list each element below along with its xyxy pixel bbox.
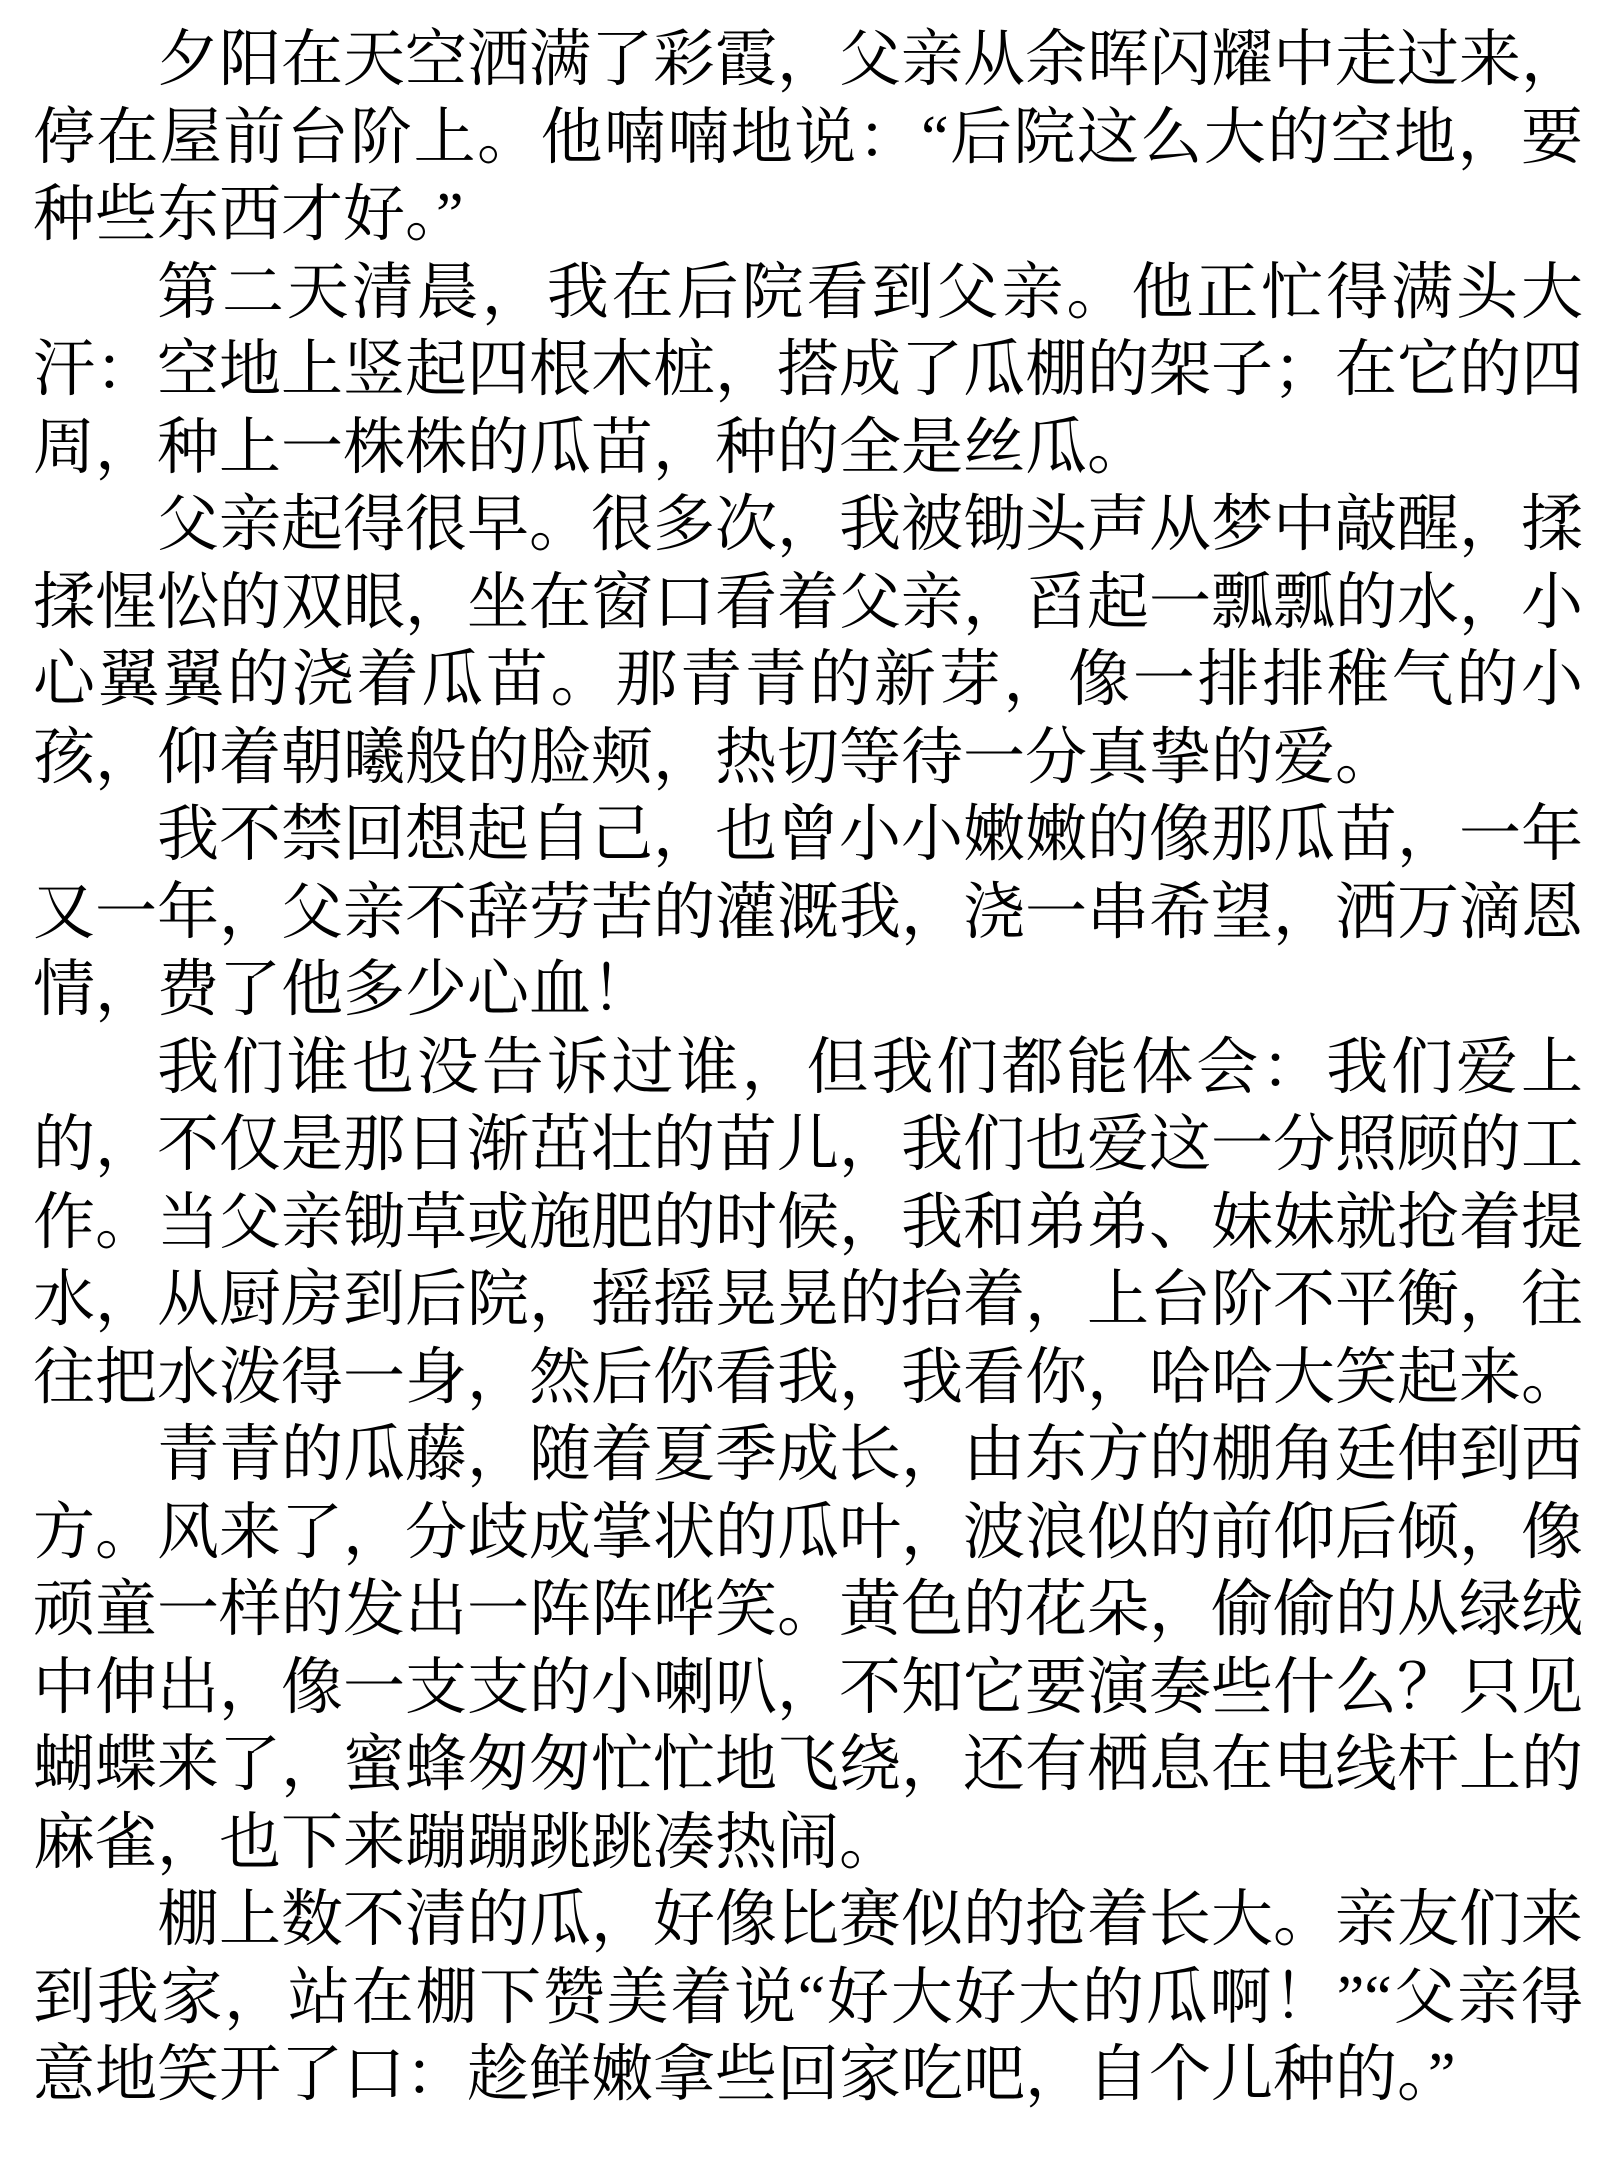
paragraph-3: 父亲起得很早。很多次，我被锄头声从梦中敲醒，揉揉惺忪的双眼，坐在窗口看着父亲，舀… — [33, 487, 1583, 797]
paragraph-6: 青青的瓜藤，随着夏季成长，由东方的棚角廷伸到西方。风来了，分歧成掌状的瓜叶，波浪… — [33, 1417, 1583, 1882]
document-page: 夕阳在天空洒满了彩霞，父亲从余晖闪耀中走过来，停在屋前台阶上。他喃喃地说：“后院… — [0, 0, 1608, 2173]
paragraph-5: 我们谁也没告诉过谁，但我们都能体会：我们爱上的，不仅是那日渐茁壮的苗儿，我们也爱… — [33, 1030, 1583, 1418]
paragraph-4: 我不禁回想起自己，也曾小小嫩嫩的像那瓜苗，一年又一年，父亲不辞劳苦的灌溉我，浇一… — [33, 797, 1583, 1030]
document-body: 夕阳在天空洒满了彩霞，父亲从余晖闪耀中走过来，停在屋前台阶上。他喃喃地说：“后院… — [33, 22, 1583, 2115]
paragraph-2: 第二天清晨，我在后院看到父亲。他正忙得满头大汗：空地上竖起四根木桩，搭成了瓜棚的… — [33, 255, 1583, 488]
paragraph-7: 棚上数不清的瓜，好像比赛似的抢着长大。亲友们来到我家，站在棚下赞美着说“好大好大… — [33, 1882, 1583, 2115]
paragraph-1: 夕阳在天空洒满了彩霞，父亲从余晖闪耀中走过来，停在屋前台阶上。他喃喃地说：“后院… — [33, 22, 1583, 255]
